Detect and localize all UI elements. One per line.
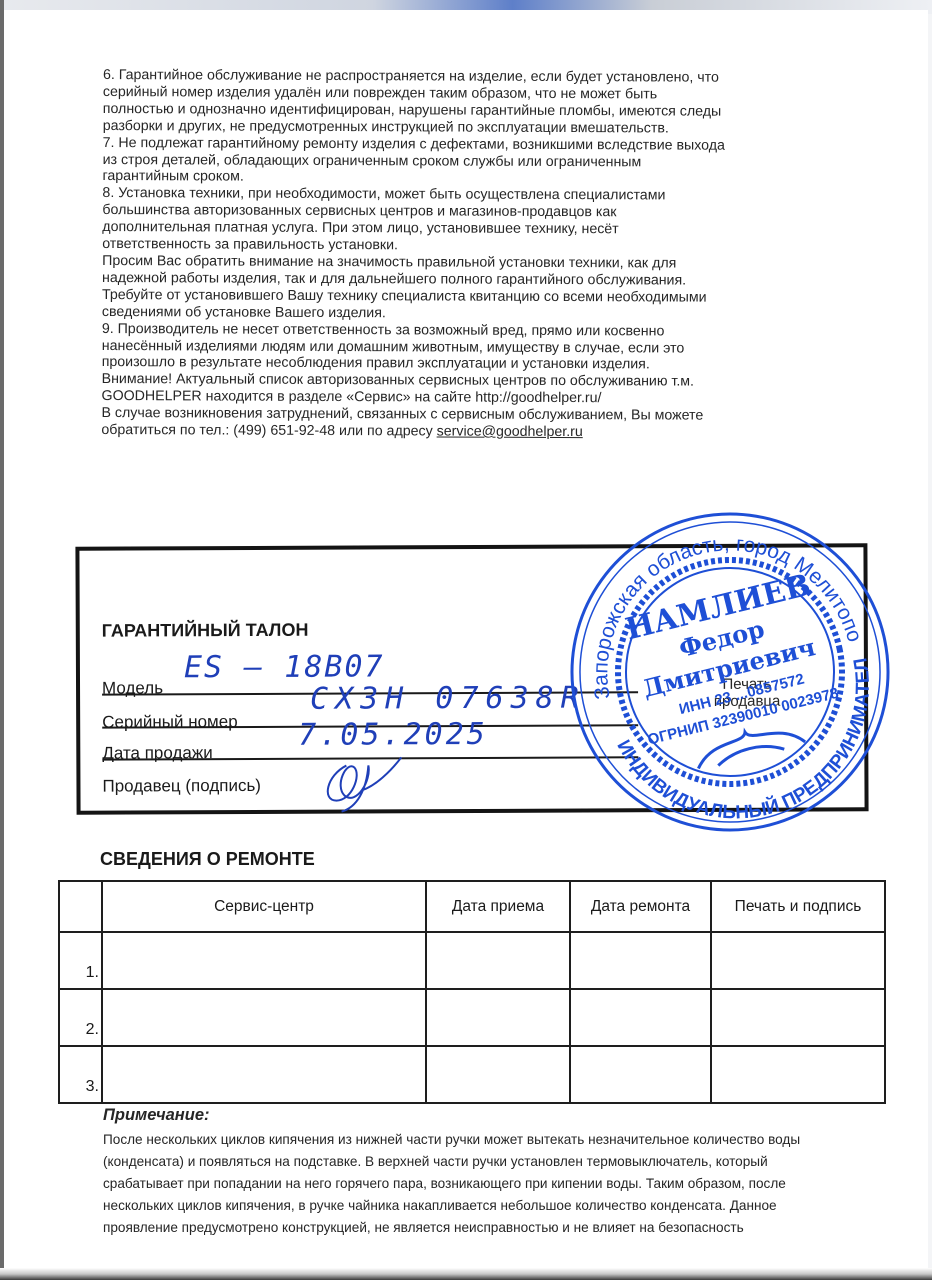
note-title: Примечание: [103,1106,863,1125]
seal-label-line1: Печать [702,676,792,693]
table-row: 3. [59,1046,885,1103]
date-received-cell[interactable] [426,1046,570,1103]
note-section: Примечание: После нескольких циклов кипя… [103,1106,863,1239]
date-repaired-cell[interactable] [570,1046,711,1103]
seller-signature[interactable] [316,745,406,815]
date-received-cell[interactable] [426,989,570,1046]
date-repaired-cell[interactable] [570,932,711,989]
warranty-terms: 6. Гарантийное обслуживание не распростр… [101,67,863,442]
note-line: (конденсата) и появляться на подставке. … [103,1151,863,1173]
repair-section-title: СВЕДЕНИЯ О РЕМОНТЕ [100,849,315,870]
col-stamp-signature: Печать и подпись [711,881,885,932]
stamp-signature-cell[interactable] [711,989,885,1046]
service-center-cell[interactable] [102,989,426,1046]
photo-background-bottom [0,1268,932,1280]
col-service-center: Сервис-центр [102,881,426,932]
stamp-signature-cell[interactable] [711,1046,885,1103]
note-line: После нескольких циклов кипячения из ниж… [103,1129,863,1151]
seller-signature-label: Продавец (подпись) [102,776,261,797]
serial-value[interactable]: CX3H 07638R [310,681,586,717]
terms-contact-line: обратиться по тел.: (499) 651-92-48 или … [101,422,861,442]
row-number: 1. [59,932,102,989]
date-repaired-cell[interactable] [570,989,711,1046]
col-date-received: Дата приема [426,881,570,932]
serial-label: Серийный номер [102,712,238,733]
model-value[interactable]: ES – 18B07 [184,649,385,685]
stamp-signature-cell[interactable] [711,932,885,989]
row-number: 2. [59,989,102,1046]
col-number [59,881,102,932]
col-date-repaired: Дата ремонта [570,881,711,932]
table-row: 1. [59,932,885,989]
seal-label-line2: продавца [702,693,792,710]
date-received-cell[interactable] [426,932,570,989]
service-center-cell[interactable] [102,1046,426,1103]
note-line: нескольких циклов кипячения, в ручке чай… [103,1195,863,1217]
seller-seal-label: Печать продавца [702,676,792,710]
service-email-link[interactable]: service@goodhelper.ru [437,423,583,440]
warranty-card: ГАРАНТИЙНЫЙ ТАЛОН Модель ES – 18B07 Сери… [75,543,868,814]
row-number: 3. [59,1046,102,1103]
repair-table: Сервис-центр Дата приема Дата ремонта Пе… [58,880,886,1104]
service-center-cell[interactable] [102,932,426,989]
note-line: проявление предусмотрено конструкцией, н… [103,1217,863,1239]
warranty-card-title: ГАРАНТИЙНЫЙ ТАЛОН [102,620,309,642]
note-line: срабатывает при попадании на него горяче… [103,1173,863,1195]
contact-text: обратиться по тел.: (499) 651-92-48 или … [101,422,436,439]
repair-table-header: Сервис-центр Дата приема Дата ремонта Пе… [59,881,885,932]
table-row: 2. [59,989,885,1046]
